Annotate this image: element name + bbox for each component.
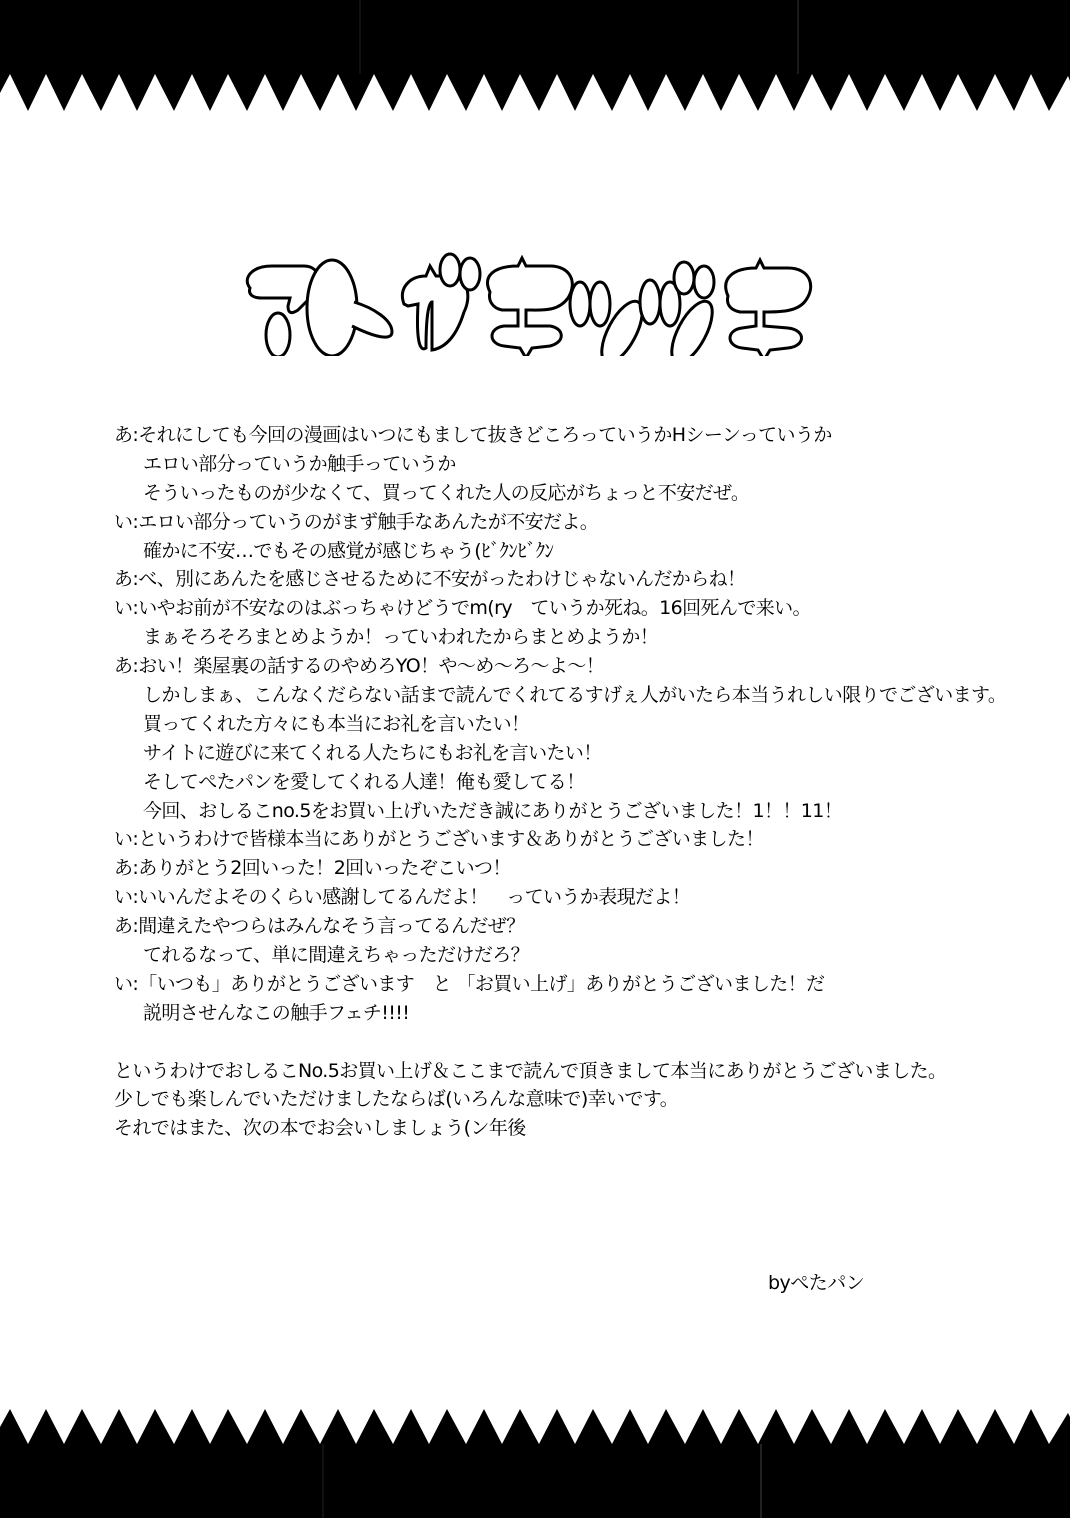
- zigzag-border-bottom: [0, 1405, 1070, 1518]
- bubble-title-glyphs: [232, 252, 822, 356]
- dialogue-line: まぁそろそろまとめようか！っていわれたからまとめようか！: [114, 623, 1054, 652]
- dialogue-line: 説明させんなこの触手フェチ!!!!: [114, 999, 1054, 1028]
- dialogue-line: い:「いつも」ありがとうございます と 「お買い上げ」ありがとうございました！だ: [114, 970, 1054, 999]
- dialogue-line: サイトに遊びに来てくれる人たちにもお礼を言いたい！: [114, 739, 1054, 768]
- paragraph-gap: [114, 1028, 1054, 1057]
- closing-line: というわけでおしるこNo.5お買い上げ＆ここまで読んで頂きまして本当にありがとう…: [114, 1057, 1054, 1086]
- dialogue-line: い:いいんだよそのくらい感謝してるんだよ！ っていうか表現だよ！: [114, 883, 1054, 912]
- dialogue-line: あ:べ、別にあんたを感じさせるために不安がったわけじゃないんだからね！: [114, 565, 1054, 594]
- glyph-dzu: [640, 262, 720, 356]
- glyph-ki-2: [726, 260, 811, 356]
- closing-line: それではまた、次の本でお会いしましょう(ン年後: [114, 1114, 1054, 1143]
- zigzag-bottom-shape: [0, 1405, 1070, 1518]
- glyph-ga: [402, 254, 480, 350]
- closing-line: 少しでも楽しんでいただけましたならば(いろんな意味で)幸いです。: [114, 1085, 1054, 1114]
- dialogue-line: い:エロい部分っていうのがまず触手なあんたが不安だよ。: [114, 508, 1054, 537]
- zigzag-top-shape: [0, 0, 1070, 112]
- dialogue-line: そしてぺたパンを愛してくれる人達！俺も愛してる！: [114, 768, 1054, 797]
- zigzag-border-top: [0, 0, 1070, 112]
- glyph-ki: [488, 258, 573, 356]
- page-title: アトガキ ツヅキ: [232, 252, 822, 356]
- dialogue-line: エロい部分っていうか触手っていうか: [114, 450, 1054, 479]
- afterword-body: あ:それにしても今回の漫画はいつにもまして抜きどころっていうかHシーンっていうか…: [114, 421, 1054, 1143]
- dialogue-line: い:いやお前が不安なのはぶっちゃけどうでm(ry ていうか死ね。16回死んで来い…: [114, 594, 1054, 623]
- glyph-tsu: [570, 282, 650, 356]
- dialogue-line: そういったものが少なくて、買ってくれた人の反応がちょっと不安だぜ。: [114, 479, 1054, 508]
- glyph-to: [307, 260, 392, 356]
- dialogue-line: 今回、おしるこno.5をお買い上げいただき誠にありがとうございました！1！！11…: [114, 797, 1054, 826]
- dialogue-line: 買ってくれた方々にも本当にお礼を言いたい！: [114, 710, 1054, 739]
- dialogue-line: あ:ありがとう2回いった！2回いったぞこいつ！: [114, 854, 1054, 883]
- dialogue-line: あ:それにしても今回の漫画はいつにもまして抜きどころっていうかHシーンっていうか: [114, 421, 1054, 450]
- author-signature: byぺたパン: [768, 1270, 864, 1296]
- dialogue-line: い:というわけで皆様本当にありがとうございます＆ありがとうございました！: [114, 825, 1054, 854]
- dialogue-line: てれるなって、単に間違えちゃっただけだろ？: [114, 941, 1054, 970]
- dialogue-line: あ:おい！楽屋裏の話するのやめろYO！や～め～ろ～よ～！: [114, 652, 1054, 681]
- dialogue-line: あ:間違えたやつらはみんなそう言ってるんだぜ？: [114, 912, 1054, 941]
- dialogue-line: しかしまぁ、こんなくだらない話まで読んでくれてるすげぇ人がいたら本当うれしい限り…: [114, 681, 1054, 710]
- dialogue-line: 確かに不安…でもその感覚が感じちゃう(ﾋﾞｸﾝﾋﾞｸﾝ: [114, 537, 1054, 566]
